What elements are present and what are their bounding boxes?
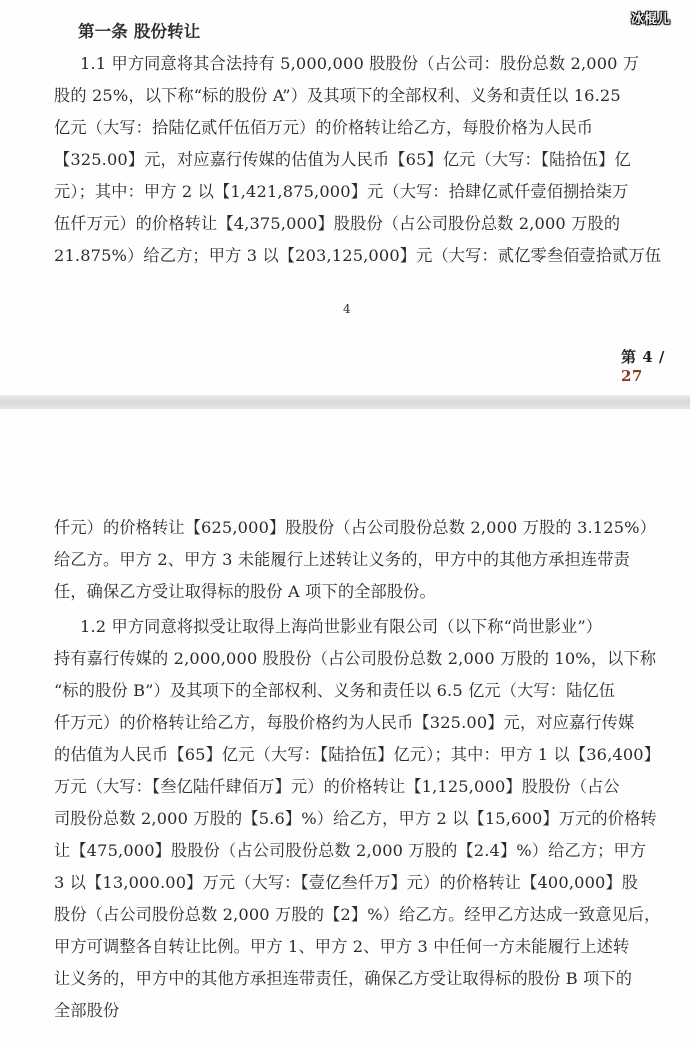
paragraph-line: 的估值为人民币【65】亿元（大写：【陆拾伍】亿元）；其中：甲方 1 以【36,4…: [54, 745, 660, 765]
article-title: 第一条 股份转让: [78, 22, 200, 42]
paragraph-line: 给乙方。甲方 2、甲方 3 未能履行上述转让义务的，甲方中的其他方承担连带责: [54, 550, 630, 570]
paragraph-line: 股的 25%，以下称“标的股份 A”）及其项下的全部权利、义务和责任以 16.2…: [54, 86, 621, 106]
paragraph-line: 万元（大写：【叁亿陆仟肆佰万】元）的价格转让【1,125,000】股股份（占公: [54, 777, 620, 797]
paragraph-line: 任，确保乙方受让取得标的股份 A 项下的全部股份。: [54, 582, 436, 602]
paragraph-line: 全部股份: [54, 1001, 119, 1021]
paragraph-line: 亿元（大写：拾陆亿贰仟伍佰万元）的价格转让给乙方，每股价格为人民币: [54, 118, 593, 138]
paragraph-line: 元）；其中：甲方 2 以【1,421,875,000】元（大写：拾肆亿贰仟壹佰捌…: [54, 182, 628, 202]
paragraph-line: “标的股份 B”）及其项下的全部权利、义务和责任以 6.5 亿元（大写：陆亿伍: [54, 681, 615, 701]
watermark-logo: 冰棍儿: [631, 8, 670, 27]
paragraph-line: 1.1 甲方同意将其合法持有 5,000,000 股股份（占公司：股份总数 2,…: [80, 54, 639, 74]
paragraph-line: 仟元）的价格转让【625,000】股股份（占公司股份总数 2,000 万股的 3…: [54, 518, 656, 538]
paragraph-line: 仟万元）的价格转让给乙方，每股价格约为人民币【325.00】元，对应嘉行传媒: [54, 713, 634, 733]
paragraph-line: 1.2 甲方同意将拟受让取得上海尚世影业有限公司（以下称“尚世影业”）: [80, 617, 602, 637]
paragraph-line: 伍仟万元）的价格转让【4,375,000】股股份（占公司股份总数 2,000 万…: [54, 214, 620, 234]
page-indicator: 第 4 / 27: [621, 346, 690, 385]
paragraph-line: 3 以【13,000.00】万元（大写：【壹亿叁仟万】元）的价格转让【400,0…: [54, 873, 638, 893]
paragraph-line: 【325.00】元，对应嘉行传媒的估值为人民币【65】亿元（大写：【陆拾伍】亿: [54, 150, 631, 170]
paragraph-line: 司股份总数 2,000 万股的【5.6】%）给乙方，甲方 2 以【15,600】…: [54, 809, 657, 829]
page-separator: [0, 395, 690, 409]
paragraph-line: 让【475,000】股股份（占公司股份总数 2,000 万股的【2.4】%）给乙…: [54, 841, 646, 861]
paragraph-line: 甲方可调整各自转让比例。甲方 1、甲方 2、甲方 3 中任何一方未能履行上述转: [54, 937, 629, 957]
page-indicator-total: 27: [621, 367, 643, 385]
paragraph-line: 21.875%）给乙方；甲方 3 以【203,125,000】元（大写：贰亿零叁…: [54, 246, 661, 266]
document-page-5: 仟元）的价格转让【625,000】股股份（占公司股份总数 2,000 万股的 3…: [0, 409, 690, 1048]
paragraph-line: 股份（占公司股份总数 2,000 万股的【2】%）给乙方。经甲乙方达成一致意见后…: [54, 905, 660, 925]
document-page-4: 第一条 股份转让 1.1 甲方同意将其合法持有 5,000,000 股股份（占公…: [0, 0, 690, 395]
paragraph-line: 持有嘉行传媒的 2,000,000 股股份（占公司股份总数 2,000 万股的 …: [54, 649, 656, 669]
paragraph-line: 让义务的，甲方中的其他方承担连带责任，确保乙方受让取得标的股份 B 项下的: [54, 969, 632, 989]
page-indicator-current: 第 4 /: [621, 348, 665, 366]
page-number: 4: [343, 302, 351, 316]
